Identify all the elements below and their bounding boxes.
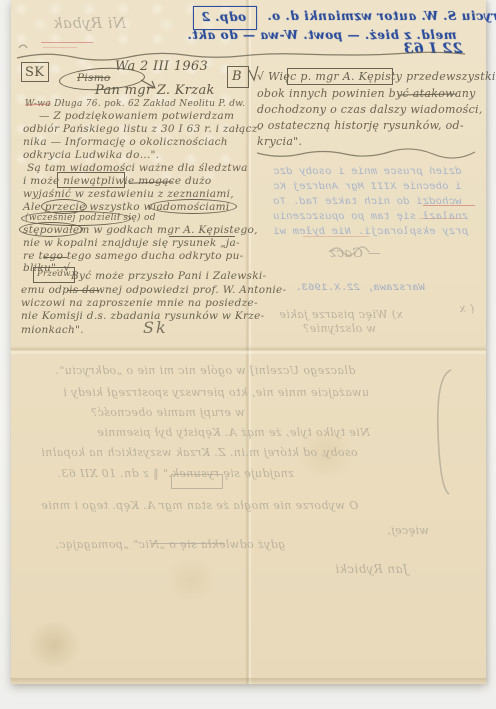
- ghost-name-text: Ni Rybak: [53, 14, 126, 32]
- typed-bleed-line: znalazł się tam po opuszczeniu: [273, 211, 468, 223]
- ghost-note-line: x) Więc pisarze jakie: [279, 308, 403, 321]
- red-bleed-mark: [303, 236, 369, 237]
- ghost-note-mark-text: ( x: [459, 302, 474, 315]
- body-line: nie w kopalni znajduje się rysunek „ja-: [23, 238, 240, 249]
- przedw-word: Przedw.: [37, 270, 73, 279]
- page-bottom-shadow: [11, 678, 486, 684]
- typed-bleed-text: dzień prusce mnie i osoby dzc: [273, 166, 462, 178]
- ghost-body-line: uważajcie mnie nie, kto pierwszy spostrz…: [63, 386, 369, 399]
- body-line: emu odpis dawnej odpowiedzi prof. W. Ant…: [21, 285, 286, 296]
- ghost-body-text: dlaczego Uczelni] w ogóle nic mi nie o „…: [55, 364, 355, 377]
- body-line: odbiór Pańskiego listu z 30 I 63 r. i za…: [23, 124, 261, 135]
- ghost-note-text: w olsztynie?: [303, 322, 376, 335]
- b-tag: B: [232, 70, 242, 83]
- ghost-body-text: osoby, od której m.in. Z. Krzak wszystki…: [41, 446, 358, 459]
- ghost-body-line: Nie tylko tyle, że mąż A. Kępisty był pi…: [97, 426, 370, 439]
- ink-annotation-line-1: o odkryciu S. W. autor wzmianki d. o.: [267, 9, 496, 23]
- strikethrough-mark: [67, 290, 99, 291]
- ink-number: 22 I 63: [403, 41, 462, 57]
- body-line-right: dochodzony o czas dalszy wiadomości,: [257, 104, 483, 115]
- typed-bleed-text: wchodzi do nich także Tad. To: [273, 196, 462, 208]
- body-line: wyjaśnić w zestawieniu z zeznaniami,: [23, 189, 234, 200]
- red-bleed-mark: [419, 218, 463, 219]
- sk-signature: Sk: [143, 320, 168, 336]
- body-line: Być może przyszło Pani i Zalewski-: [71, 271, 266, 282]
- ghost-flourish: — Gacz: [329, 246, 381, 261]
- body-line: mionkach".: [21, 325, 84, 336]
- paper-stain: [161, 560, 221, 600]
- typed-bleed-line: wchodzi do nich także Tad. To: [273, 196, 462, 208]
- typed-bleed-text: znalazł się tam po opuszczeniu: [273, 211, 468, 223]
- vertical-fold-crease: [245, 0, 252, 684]
- crossed-heading: Pismo: [77, 73, 111, 84]
- ghost-body-text: Nie tylko tyle, że mąż A. Kępisty był pi…: [97, 426, 370, 439]
- ghost-note-line: w olsztynie?: [303, 322, 376, 335]
- ink-annotation-line-2: meld. z bież. — powt. W-wa — do akt.: [187, 28, 456, 42]
- ghost-note-text: x) Więc pisarze jakie: [279, 308, 403, 321]
- scanner-background: Ni Rybak odp. 2 o odkryciu S. W. autor w…: [0, 0, 496, 709]
- ghost-body-text: gdyż odwlekła się o „Nic" „pomagając,: [55, 538, 285, 551]
- address-line: W-wa Długa 76. pok. 62 Zakład Neolitu P.…: [25, 100, 245, 109]
- typed-bleed-date: Warszawa, 22.X.1963.: [295, 282, 425, 294]
- typed-date-text: Warszawa, 22.X.1963.: [295, 282, 425, 294]
- red-bleed-mark: [43, 47, 77, 48]
- ink-line-1-text: o odkryciu S. W. autor wzmianki d. o.: [267, 9, 496, 23]
- ghost-body-line: osoby, od której m.in. Z. Krzak wszystki…: [41, 446, 358, 459]
- ghost-body-text: w erupj mamie obecność?: [91, 406, 245, 419]
- body-line: — Z podziękowaniem potwierdzam: [39, 111, 234, 122]
- red-bleed-mark: [423, 205, 475, 206]
- ghost-box-date: [171, 474, 223, 489]
- ink-box-label: odp. 2: [201, 10, 246, 24]
- underline-kepistego: [169, 236, 235, 237]
- body-line: odkrycia Ludwika do…".: [23, 150, 159, 161]
- pencil-box-niewatpliwie: [57, 172, 125, 188]
- sk-stamp: SK: [25, 66, 44, 79]
- ghost-flourish-text: — Gacz: [329, 246, 381, 261]
- ghost-signature-text: Jan Rybicki: [335, 562, 408, 576]
- strikethrough-mark: [43, 257, 67, 258]
- body-line-right: o ostateczną historję rysunków, od-: [257, 120, 464, 131]
- ghost-body-line: w erupj mamie obecność?: [91, 406, 245, 419]
- ghost-body-text: więcej,: [387, 524, 429, 537]
- body-line: wiczowi na zaproszenie mnie na posiedze-: [21, 298, 258, 309]
- pencil-oval-stepowalem: [19, 222, 83, 237]
- ghost-body-line: dlaczego Uczelni] w ogóle nic mi nie o „…: [55, 364, 355, 377]
- ghost-body-text: O wyborze nie mogła że stan mgr A. Kęp. …: [41, 499, 358, 512]
- ink-box-text: odp. 2: [201, 10, 246, 24]
- paper-stain: [25, 622, 83, 668]
- ink-line-2-text: meld. z bież. — powt. W-wa — do akt.: [187, 28, 456, 42]
- ghost-name-annotation: Ni Rybak: [53, 14, 126, 32]
- ghost-signature: Jan Rybicki: [335, 562, 408, 576]
- ghost-bracket: [438, 370, 451, 494]
- ghost-strike-mark: [151, 543, 225, 544]
- salutation: Pan mgr Z. Krzak: [95, 84, 215, 97]
- ghost-body-line: więcej,: [387, 524, 429, 537]
- typed-bleed-line: dzień prusce mnie i osoby dzc: [273, 166, 462, 178]
- typed-bleed-text: i obecnie XIII Mgr Andrzej Kc: [273, 181, 462, 193]
- red-bleed-mark: [41, 42, 93, 43]
- ink-number-text: 22 I 63: [403, 41, 462, 57]
- body-line-right: krycia".: [257, 136, 302, 147]
- body-line: nika — Informację o okolicznościach: [23, 137, 228, 148]
- horizontal-fold-crease: [11, 346, 486, 355]
- ghost-body-line: O wyborze nie mogła że stan mgr A. Kęp. …: [41, 499, 358, 512]
- wavy-underline: [257, 149, 475, 158]
- ghost-body-text: uważajcie mnie nie, kto pierwszy spostrz…: [63, 386, 369, 399]
- pencil-oval-wiadomosciami: [149, 199, 237, 214]
- ghost-body-line: gdyż odwlekła się o „Nic" „pomagając,: [55, 538, 285, 551]
- document-page: Ni Rybak odp. 2 o odkryciu S. W. autor w…: [11, 0, 486, 684]
- ghost-note-mark: ( x: [459, 302, 474, 315]
- pencil-box-kepisty: [287, 68, 393, 85]
- typed-bleed-line: i obecnie XIII Mgr Andrzej Kc: [273, 181, 462, 193]
